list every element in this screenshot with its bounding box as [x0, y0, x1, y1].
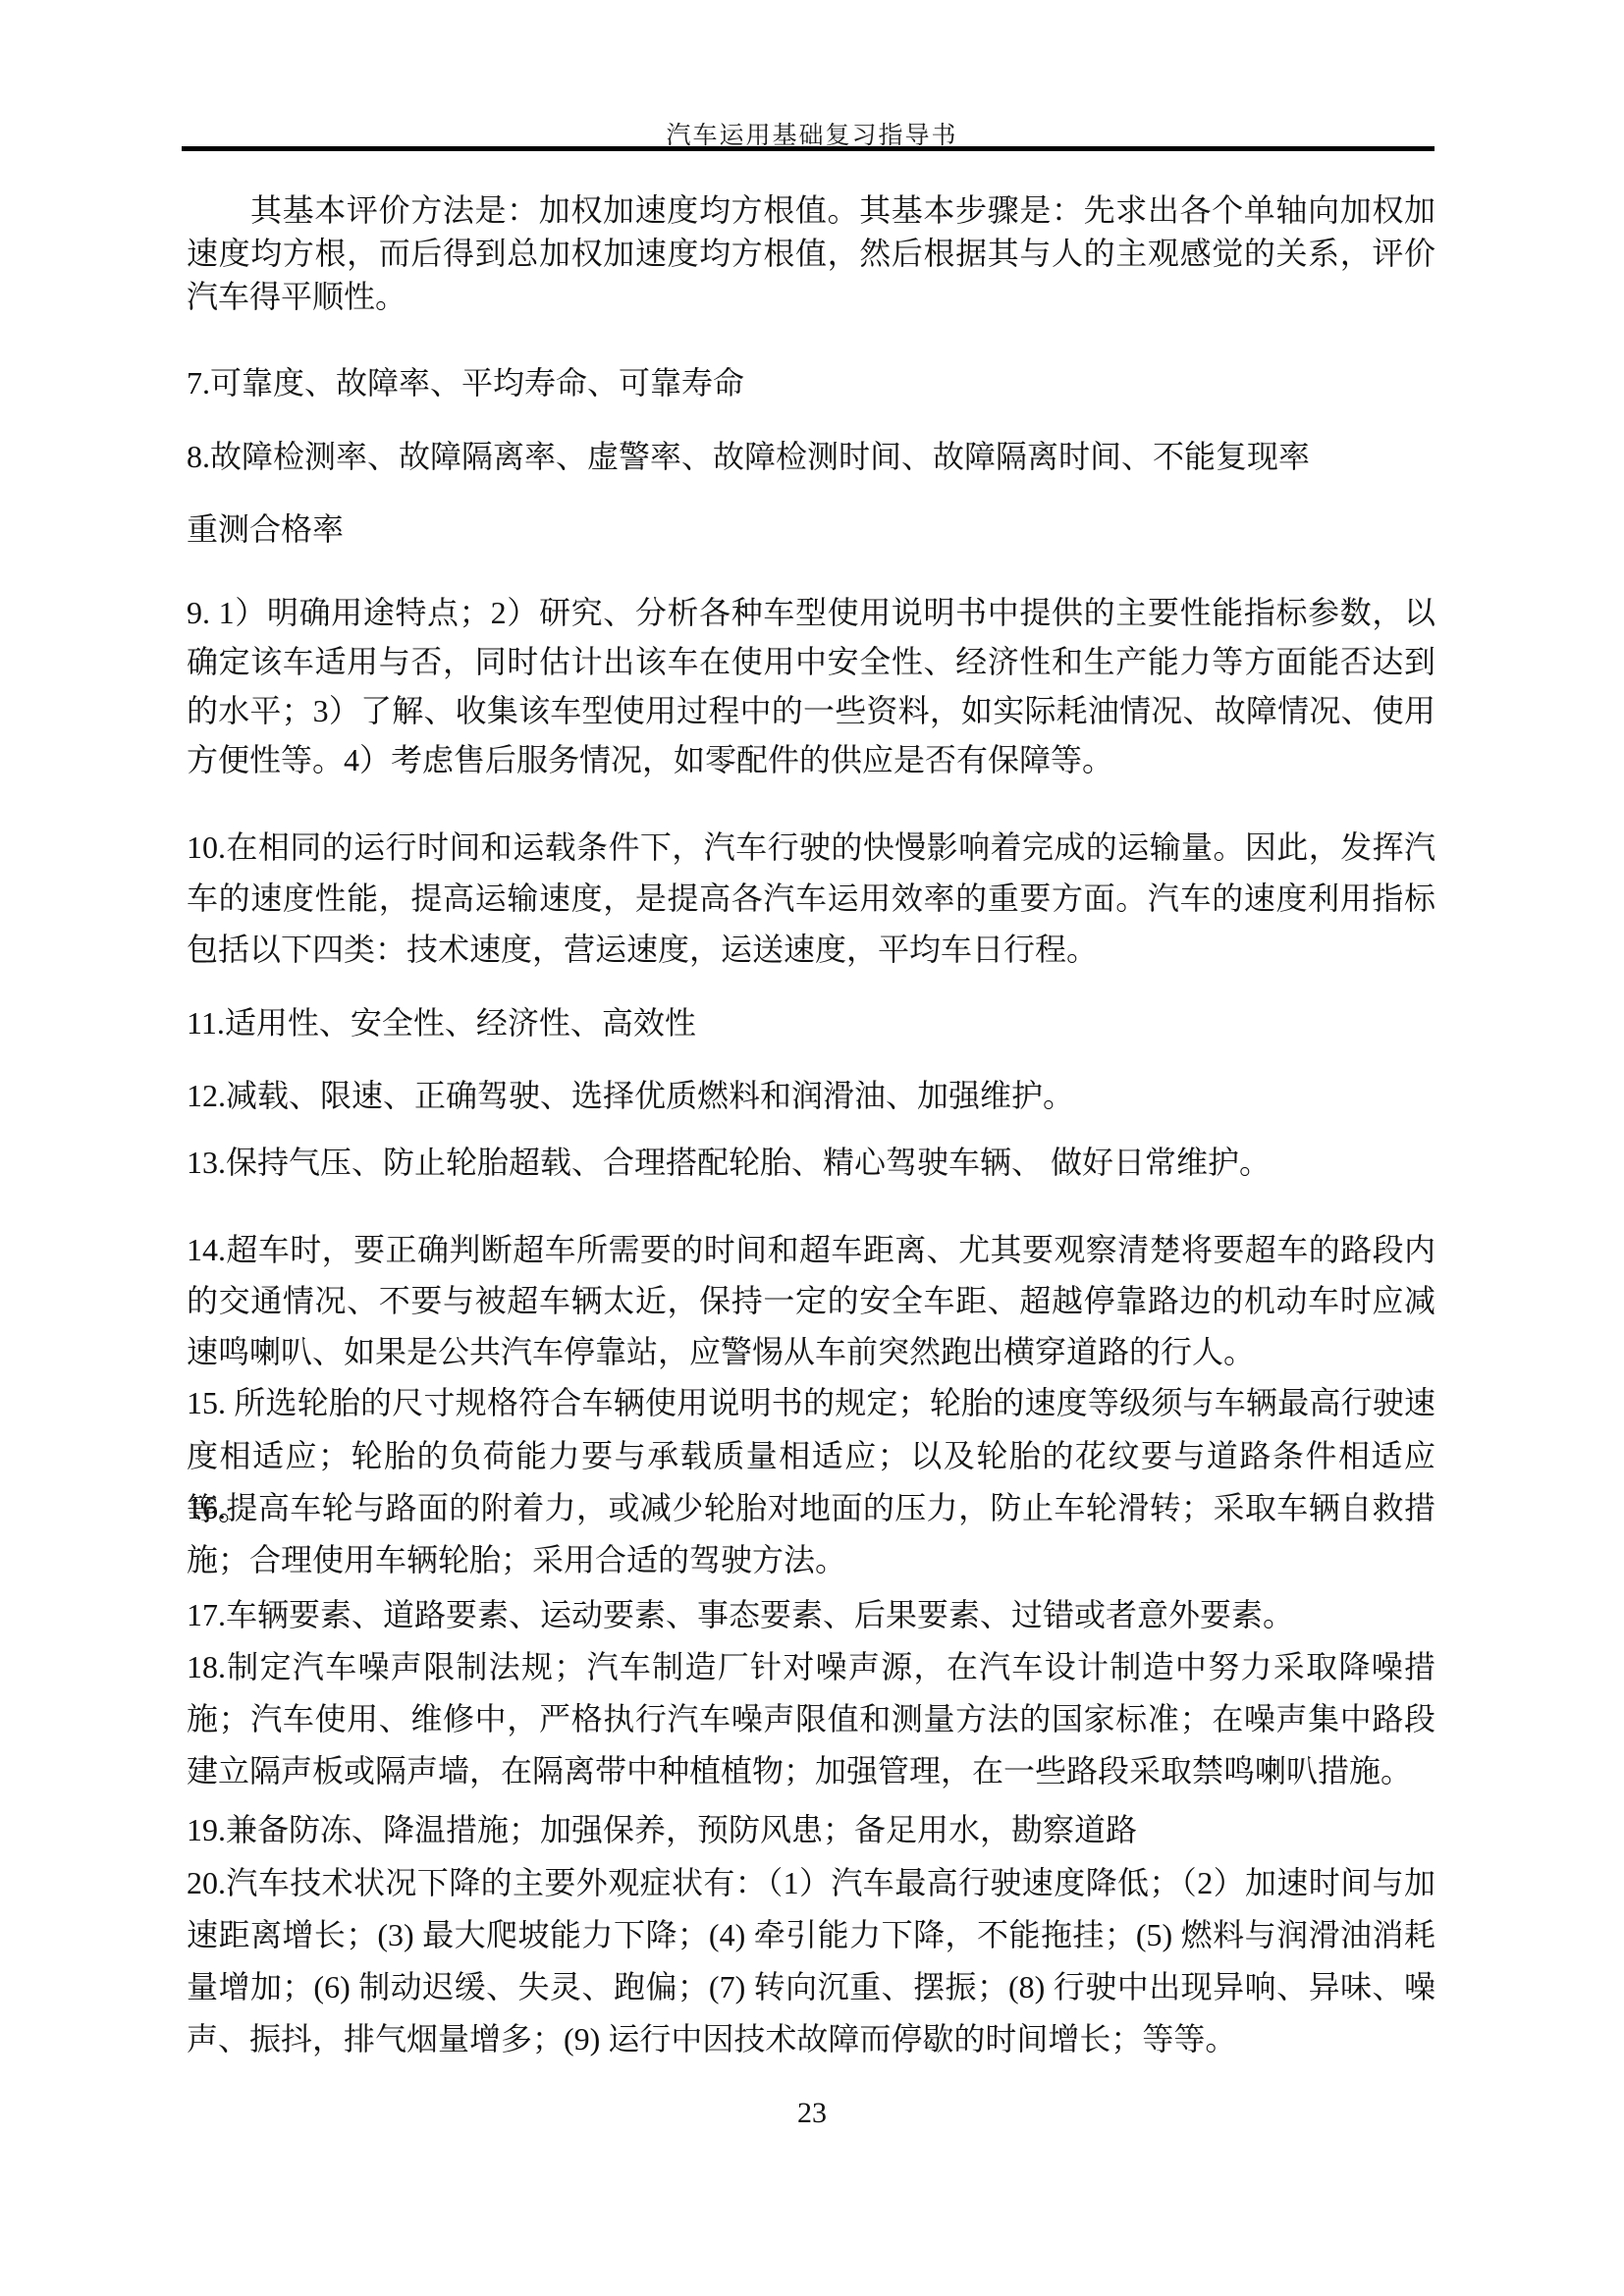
document-page: 汽车运用基础复习指导书 其基本评价方法是：加权加速度均方根值。其基本步骤是：先求…	[0, 0, 1624, 2296]
paragraph-item-11: 11.适用性、安全性、经济性、高效性	[187, 1003, 1435, 1042]
paragraph-item-10: 10.在相同的运行时间和运载条件下，汽车行驶的快慢影响着完成的运输量。因此，发挥…	[187, 822, 1435, 975]
paragraph-item-18: 18.制定汽车噪声限制法规；汽车制造厂针对噪声源，在汽车设计制造中努力采取降噪措…	[187, 1641, 1435, 1797]
paragraph-item-8-continued: 重测合格率	[187, 509, 1435, 549]
paragraph-item-13: 13.保持气压、防止轮胎超载、合理搭配轮胎、精心驾驶车辆、 做好日常维护。	[187, 1143, 1435, 1182]
paragraph-item-8: 8.故障检测率、故障隔离率、虚警率、故障检测时间、故障隔离时间、不能复现率	[187, 437, 1435, 476]
paragraph-item-20: 20.汽车技术状况下降的主要外观症状有：（1）汽车最高行驶速度降低；（2）加速时…	[187, 1857, 1435, 2065]
paragraph-item-7: 7.可靠度、故障率、平均寿命、可靠寿命	[187, 363, 1435, 402]
paragraph-intro: 其基本评价方法是：加权加速度均方根值。其基本步骤是：先求出各个单轴向加权加速度均…	[187, 188, 1435, 318]
paragraph-item-14: 14.超车时，要正确判断超车所需要的时间和超车距离、尤其要观察清楚将要超车的路段…	[187, 1224, 1435, 1377]
paragraph-item-16: 16.提高车轮与路面的附着力，或减少轮胎对地面的压力，防止车轮滑转；采取车辆自救…	[187, 1482, 1435, 1586]
header-rule-divider	[182, 146, 1435, 151]
paragraph-item-12: 12.减载、限速、正确驾驶、选择优质燃料和润滑油、加强维护。	[187, 1076, 1435, 1115]
paragraph-item-17: 17.车辆要素、道路要素、运动要素、事态要素、后果要素、过错或者意外要素。	[187, 1595, 1435, 1634]
paragraph-item-9: 9. 1）明确用途特点；2）研究、分析各种车型使用说明书中提供的主要性能指标参数…	[187, 588, 1435, 784]
paragraph-item-19: 19.兼备防冻、降温措施；加强保养，预防风患；备足用水，勘察道路	[187, 1810, 1435, 1849]
page-number: 23	[0, 2097, 1624, 2130]
